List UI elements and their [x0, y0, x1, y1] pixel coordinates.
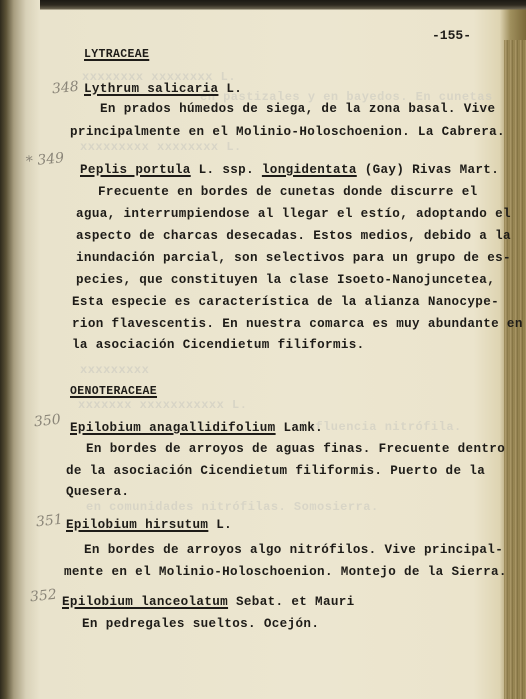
description-line: pecies, que constituyen la clase Isoeto-… [76, 273, 495, 287]
catalog-number-annotation: 351 [35, 512, 63, 531]
species-name: Epilobium hirsutum L. [66, 518, 232, 532]
description-line: principalmente en el Molinio-Holoschoeni… [70, 125, 505, 139]
species-name: Peplis portula L. ssp. longidentata (Gay… [80, 163, 499, 177]
description-line: rion flavescentis. En nuestra comarca es… [72, 317, 523, 331]
description-line: mente en el Molinio-Holoschoenion. Monte… [64, 565, 507, 579]
bleed-through-text: en comunidades nitrófilas. Somosierra. [86, 500, 379, 514]
bleed-through-text: influencia nitrófila. [300, 420, 462, 434]
taxon-authority: L. [218, 82, 242, 96]
bleed-through-text: xxxxxxx xxxxxxxxxxx L. [78, 398, 247, 412]
description-line: Frecuente en bordes de cunetas donde dis… [98, 185, 478, 199]
bleed-through-text: xxxxxxxxx [80, 363, 149, 377]
taxon-underlined: Peplis portula [80, 163, 191, 177]
taxon-authority: Lamk. [276, 421, 323, 435]
taxon-underlined: Lythrum salicaria [84, 82, 218, 96]
species-name: Epilobium anagallidifolium Lamk. [70, 421, 323, 435]
taxon-underlined: Epilobium hirsutum [66, 518, 208, 532]
species-name: Epilobium lanceolatum Sebat. et Mauri [62, 595, 355, 609]
taxon-underlined: longidentata [262, 163, 357, 177]
page-stack-edge [504, 40, 526, 699]
description-line: En pedregales sueltos. Ocejón. [82, 617, 319, 631]
scanned-page: xxxxxxxx xxxxxxxx L. en pastizales y en … [0, 0, 526, 699]
bleed-through-text: xxxxxxxxx xxxxxxxx L. [80, 140, 242, 154]
description-line: de la asociación Cicendietum filiformis.… [66, 464, 485, 478]
page-top-shadow [40, 0, 526, 10]
catalog-number-annotation: * 349 [25, 150, 65, 170]
description-line: En bordes de arroyos de aguas finas. Fre… [86, 442, 505, 456]
family-heading: LYTRACEAE [84, 48, 149, 61]
description-line: inundación parcial, son selectivos para … [76, 251, 511, 265]
description-line: aspecto de charcas desecadas. Estos medi… [76, 229, 511, 243]
description-line: En prados húmedos de siega, de la zona b… [100, 102, 495, 116]
description-line: la asociación Cicendietum filiformis. [72, 338, 365, 352]
taxon-underlined: Epilobium lanceolatum [62, 595, 228, 609]
catalog-number-annotation: 352 [29, 587, 57, 606]
taxon-authority: Sebat. et Mauri [228, 595, 355, 609]
description-line: En bordes de arroyos algo nitrófilos. Vi… [84, 543, 503, 557]
family-heading: OENOTERACEAE [70, 385, 157, 398]
description-line: agua, interrumpiendose al llegar el estí… [76, 207, 511, 221]
description-line: Esta especie es característica de la ali… [72, 295, 499, 309]
taxon-underlined: Epilobium anagallidifolium [70, 421, 276, 435]
description-line: Quesera. [66, 485, 129, 499]
taxon-authority: L. [208, 518, 232, 532]
catalog-number-annotation: 350 [33, 412, 61, 431]
taxon-authority: L. ssp. [191, 163, 262, 177]
species-name: Lythrum salicaria L. [84, 82, 242, 96]
taxon-authority: (Gay) Rivas Mart. [357, 163, 499, 177]
page-number: -155- [432, 28, 471, 43]
catalog-number-annotation: 348 [51, 79, 79, 98]
